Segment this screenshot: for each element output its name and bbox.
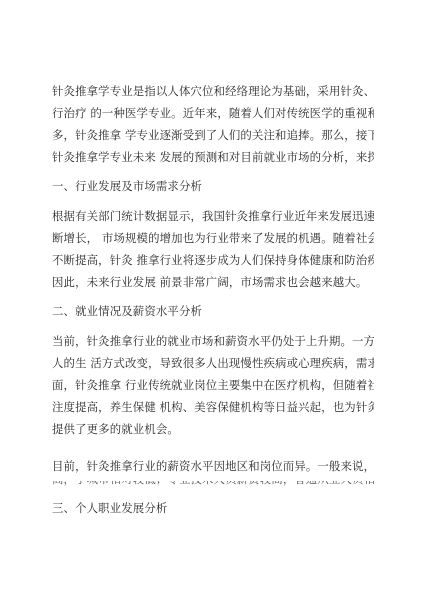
section-2-para1-line-4: 注度提高，养生保健 机构、美容保健机构等日益兴起，也为针灸推拿专业人才	[52, 400, 374, 414]
section-1-line-4: 因此，未来行业发展 前景非常广阔，市场需求也会越来越大。	[52, 275, 374, 289]
section-1-line-2: 断增长， 市场规模的增加也为行业带来了发展的机遇。随着社会上健康意识的	[52, 231, 374, 245]
section-1-line-1: 根据有关部门统计数据显示，我国针灸推拿行业近年来发展迅速，行业收入不	[52, 209, 374, 223]
section-1-heading: 一、行业发展及市场需求分析	[52, 179, 374, 193]
section-2-para1-line-3: 面，针灸推拿 行业传统就业岗位主要集中在医疗机构，但随着社会对健康的关	[52, 378, 374, 392]
section-2-para1-line-5: 提供了更多的就业机会。	[52, 422, 374, 436]
section-2-para2-line-1: 目前，针灸推拿行业的薪资水平因地区和岗位而异。一般来说，大城市工资较	[52, 459, 374, 473]
section-1-line-3: 不断提高，针灸 推拿行业将逐步成为人们保持身体健康和防治疾病的有效手段	[52, 253, 374, 267]
section-3-heading: 三、个人职业发展分析	[52, 501, 374, 515]
section-2-para1-line-1: 当前，针灸推拿行业的就业市场和薪资水平仍处于上升期。一方面，由于现代	[52, 334, 374, 348]
intro-line-3: 多，针灸推拿 学专业逐渐受到了人们的关注和追捧。那么，接下来我们通过对	[52, 128, 374, 142]
section-2-heading: 二、就业情况及薪资水平分析	[52, 304, 374, 318]
section-2-para1-line-2: 人的生 活方式改变，导致很多人出现慢性疾病或心理疾病，需求量大；另一方	[52, 356, 374, 370]
cut-off-text-line: 高，小城市相对较低；专业技术人员薪资较高，普通从业人员相对较低，但总体呈上升趋势…	[52, 481, 374, 486]
intro-line-1: 针灸推拿学专业是指以人体穴位和经络理论为基础，采用针灸、推拿等手法进	[52, 84, 374, 98]
intro-line-2: 行治疗 的一种医学专业。近年来，随着人们对传统医学的重视和问题的不断增	[52, 106, 374, 120]
cut-off-text: 高，小城市相对较低；专业技术人员薪资较高，普通从业人员相对较低，但总体呈上升趋势…	[52, 481, 374, 486]
intro-line-4: 针灸推拿学专业未来 发展的预测和对目前就业市场的分析，来探讨其就业前景	[52, 150, 374, 164]
